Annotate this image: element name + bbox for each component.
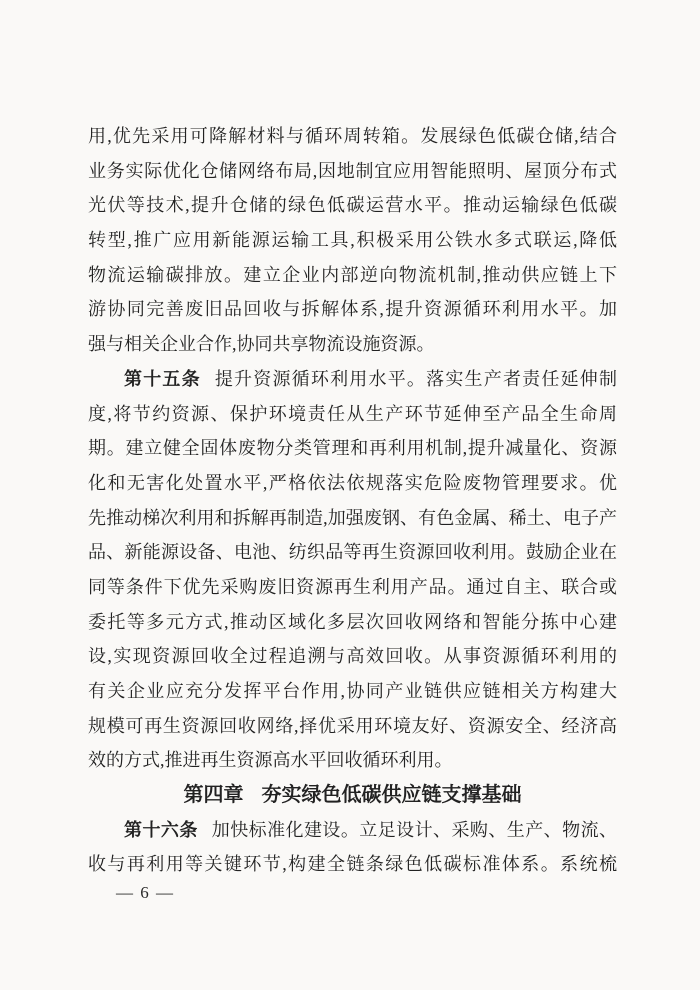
body-line: 化和无害化处置水平,严格依法依规落实危险废物管理要求。优 [88, 466, 617, 501]
body-line: 期。建立健全固体废物分类管理和再利用机制,提升减量化、资源 [88, 431, 617, 466]
body-line: 度,将节约资源、保护环境责任从生产环节延伸至产品全生命周 [88, 397, 617, 432]
body-line: 效的方式,推进再生资源高水平回收循环利用。 [88, 743, 617, 778]
body-line: 物流运输碳排放。建立企业内部逆向物流机制,推动供应链上下 [88, 258, 617, 293]
body-line: 设,实现资源回收全过程追溯与高效回收。从事资源循环利用的 [88, 639, 617, 674]
body-line: 先推动梯次利用和拆解再制造,加强废钢、有色金属、稀土、电子产 [88, 501, 617, 536]
body-line: 转型,推广应用新能源运输工具,积极采用公铁水多式联运,降低 [88, 223, 617, 258]
page-number: — 6 — [116, 883, 175, 903]
clause-16-label: 第十六条 [124, 820, 198, 840]
body-line: 同等条件下优先采购废旧资源再生利用产品。通过自主、联合或 [88, 570, 617, 605]
body-line-clause-16-start: 第十六条加快标准化建设。立足设计、采购、生产、物流、回 [88, 813, 617, 848]
body-line: 规模可再生资源回收网络,择优采用环境友好、资源安全、经济高 [88, 709, 617, 744]
body-line: 品、新能源设备、电池、纺织品等再生资源回收利用。鼓励企业在 [88, 535, 617, 570]
clause-15-label: 第十五条 [124, 369, 201, 389]
body-line: 委托等多元方式,推动区域化多层次回收网络和智能分拣中心建 [88, 605, 617, 640]
body-line: 业务实际优化仓储网络布局,因地制宜应用智能照明、屋顶分布式 [88, 154, 617, 189]
chapter-heading-label: 第四章 [184, 784, 244, 806]
clause-15-first-line-text: 提升资源循环利用水平。落实生产者责任延伸制 [215, 369, 617, 389]
document-page: 用,优先采用可降解材料与循环周转箱。发展绿色低碳仓储,结合 业务实际优化仓储网络… [0, 0, 700, 990]
body-line: 强与相关企业合作,协同共享物流设施资源。 [88, 327, 617, 362]
body-line: 光伏等技术,提升仓储的绿色低碳运营水平。推动运输绿色低碳 [88, 188, 617, 223]
body-line: 收与再利用等关键环节,构建全链条绿色低碳标准体系。系统梳 [88, 847, 617, 882]
chapter-heading-title: 夯实绿色低碳供应链支撑基础 [262, 784, 522, 806]
body-line-clause-15-start: 第十五条提升资源循环利用水平。落实生产者责任延伸制 [88, 362, 617, 397]
chapter-heading: 第四章夯实绿色低碳供应链支撑基础 [88, 778, 617, 813]
body-line: 游协同完善废旧品回收与拆解体系,提升资源循环利用水平。加 [88, 292, 617, 327]
body-line: 用,优先采用可降解材料与循环周转箱。发展绿色低碳仓储,结合 [88, 119, 617, 154]
document-body: 用,优先采用可降解材料与循环周转箱。发展绿色低碳仓储,结合 业务实际优化仓储网络… [88, 119, 617, 882]
body-line: 有关企业应充分发挥平台作用,协同产业链供应链相关方构建大 [88, 674, 617, 709]
